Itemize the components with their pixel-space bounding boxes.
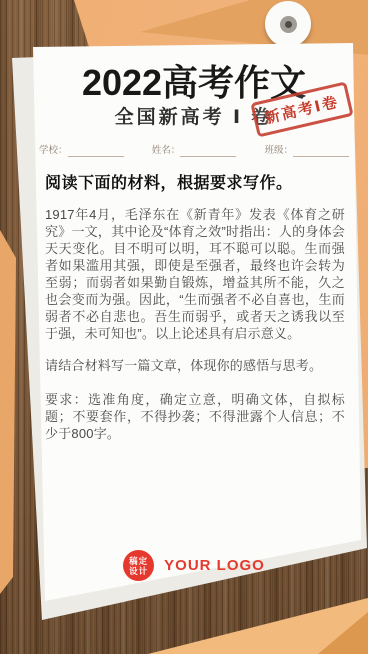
clasp-pin-ring <box>280 16 297 33</box>
prompt-paragraph-material: 1917年4月，毛泽东在《新青年》发表《体育之研究》一文，其中论及“体育之效”时… <box>33 206 355 342</box>
school-field: 学校： <box>39 145 124 157</box>
name-underline <box>180 145 236 157</box>
prompt-paragraph-requirements: 要求：选准角度，确定立意，明确文体，自拟标题；不要套作，不得抄袭；不得泄露个人信… <box>33 391 355 442</box>
class-field: 班级： <box>264 145 349 157</box>
name-field: 姓名： <box>152 145 237 157</box>
school-underline <box>68 145 124 157</box>
logo-brand-text: YOUR LOGO <box>164 557 265 574</box>
prompt-heading: 阅读下面的材料，根据要求写作。 <box>33 174 355 194</box>
logo-row: 稿定 设计 YOUR LOGO <box>33 550 355 581</box>
logo-badge-line1: 稿定 <box>129 556 148 566</box>
class-label: 班级： <box>264 145 293 157</box>
clasp-pin-icon <box>265 1 311 47</box>
clasp-pin-center <box>285 21 292 28</box>
prompt-paragraph-task: 请结合材料写一篇文章，体现你的感悟与思考。 <box>33 357 355 374</box>
name-label: 姓名： <box>152 145 181 157</box>
poster-canvas: 2022高考作文 全国新高考 Ⅰ 卷 学校： 姓名： 班级： 阅读下面的材料，根… <box>0 0 368 654</box>
class-underline <box>293 145 349 157</box>
school-label: 学校： <box>39 145 68 157</box>
logo-badge-line2: 设计 <box>129 566 148 576</box>
logo-badge-icon: 稿定 设计 <box>123 550 154 581</box>
student-info-row: 学校： 姓名： 班级： <box>33 145 355 157</box>
